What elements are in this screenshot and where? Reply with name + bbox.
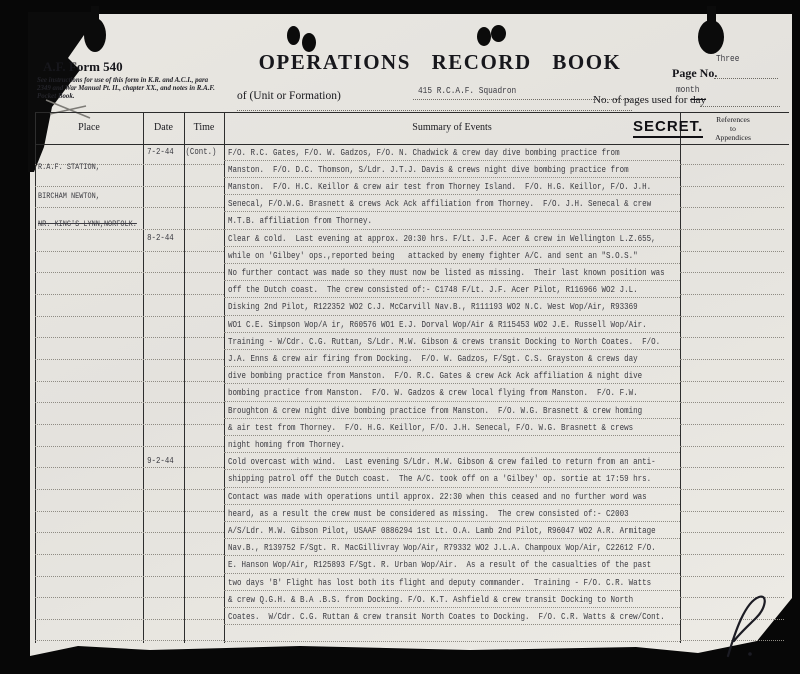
punch-hole-icon — [477, 27, 491, 46]
ruled-line — [35, 359, 224, 360]
ruled-line — [35, 294, 224, 295]
ruled-line — [680, 359, 784, 360]
summary-line: night homing from Thorney. — [228, 436, 345, 453]
punch-hole-tear — [707, 6, 716, 24]
summary-line: No further contact was made so they must… — [228, 264, 665, 281]
punch-hole-icon — [698, 20, 724, 54]
summary-line: Broughton & crew night dive bombing prac… — [228, 402, 642, 419]
summary-line: shipping patrol off the Dutch coast. The… — [228, 470, 651, 487]
ruled-line — [35, 251, 224, 252]
summary-line: Clear & cold. Last evening at approx. 20… — [228, 230, 656, 247]
ruled-line — [680, 511, 784, 512]
column-header-place: Place — [35, 122, 143, 133]
summary-line: M.T.B. affiliation from Thorney. — [228, 212, 372, 229]
ruled-line — [680, 251, 784, 252]
ruled-line — [35, 272, 224, 273]
ruled-line — [224, 641, 680, 642]
entry-date: 9-2-44 — [144, 453, 177, 470]
entry-time: (Cont.) — [185, 144, 217, 161]
punch-hole-icon — [491, 25, 506, 42]
ruled-line — [680, 337, 784, 338]
summary-line: & crew Q.G.H. & B.A .B.S. from Docking. … — [228, 591, 633, 608]
ruled-line — [35, 576, 224, 577]
summary-line: two days 'B' Flight has lost both its fl… — [228, 574, 651, 591]
summary-line: Nav.B., R139752 F/Sgt. R. MacGillivray W… — [228, 539, 656, 556]
ruled-line — [35, 532, 224, 533]
summary-line: Cold overcast with wind. Last evening S/… — [228, 453, 656, 470]
table-header-row: Place Date Time Summary of Events SECRET… — [35, 112, 789, 145]
ruled-line — [680, 467, 784, 468]
entry-date: 8-2-44 — [144, 230, 177, 247]
summary-line: F/O. R.C. Gates, F/O. W. Gadzos, F/O. N.… — [228, 144, 620, 161]
ruled-line — [35, 402, 224, 403]
ruled-line — [680, 424, 784, 425]
ruled-line — [680, 316, 784, 317]
ruled-line — [680, 272, 784, 273]
column-header-summary: Summary of Events — [224, 122, 680, 133]
scanned-document-page: A.F. Form 540 See instructions for use o… — [0, 0, 800, 674]
ruled-line — [35, 489, 224, 490]
pages-used-label: No. of pages used for day — [593, 94, 706, 106]
summary-line: off the Dutch coast. The crew consisted … — [228, 281, 638, 298]
ruled-line — [35, 511, 224, 512]
summary-line: Manston. F/O. D.C. Thomson, S/Ldr. J.T.J… — [228, 161, 629, 178]
summary-line: dive bombing practice from Manston. F/O.… — [228, 367, 642, 384]
ruled-line — [680, 576, 784, 577]
pages-used-underline — [700, 106, 780, 107]
ruled-line — [680, 532, 784, 533]
ruled-line — [35, 337, 224, 338]
handwritten-initial — [716, 592, 778, 660]
summary-line: bombing practice from Manston. F/O. W. G… — [228, 384, 638, 401]
place-line: BIRCHAM NEWTON, — [38, 192, 137, 201]
place-line: NR. KING'S LYNN,NORFOLK. — [38, 220, 137, 229]
summary-line: while on 'Gilbey' ops.,reported being at… — [228, 247, 638, 264]
page-title: OPERATIONS RECORD BOOK — [230, 50, 650, 75]
summary-line: WO1 C.E. Simpson Wop/A ir, R60576 WO1 E.… — [228, 316, 647, 333]
ruled-line — [35, 597, 224, 598]
summary-line: heard, as a result the crew must be cons… — [228, 505, 629, 522]
summary-line: Manston. F/O. H.C. Keillor & crew air te… — [228, 178, 651, 195]
punch-hole-icon — [287, 26, 300, 45]
column-header-date: Date — [143, 122, 184, 133]
unit-value: 415 R.C.A.F. Squadron — [418, 85, 516, 96]
ruled-line — [35, 316, 224, 317]
ruled-line — [680, 207, 784, 208]
pages-used-value: month — [676, 84, 699, 95]
summary-line: Coates. W/Cdr. C.G. Ruttan & crew transi… — [228, 608, 665, 625]
form-number: A.F. Form 540 — [43, 59, 123, 75]
struck-word-day: day — [690, 94, 706, 106]
ruled-line — [35, 467, 224, 468]
header-rule — [237, 110, 632, 111]
ruled-line — [35, 446, 224, 447]
ruled-line — [35, 619, 224, 620]
place-block: R.A.F. STATION, BIRCHAM NEWTON, NR. KING… — [38, 145, 137, 248]
page-number-label: Page No. — [672, 66, 717, 81]
form-instructions: See instructions for use of this form in… — [37, 77, 217, 101]
page-number-value: Three — [716, 53, 739, 64]
place-line: R.A.F. STATION, — [38, 163, 137, 172]
ruled-line — [680, 489, 784, 490]
summary-line: Training - W/Cdr. C.G. Ruttan, S/Ldr. M.… — [228, 333, 660, 350]
summary-line: E. Hanson Wop/Air, R125893 F/Sgt. R. Urb… — [228, 556, 651, 573]
summary-line: Disking 2nd Pilot, R122352 WO2 C.J. McCa… — [228, 298, 638, 315]
table-body: R.A.F. STATION, BIRCHAM NEWTON, NR. KING… — [35, 144, 789, 643]
page-number-underline — [714, 78, 778, 79]
summary-line: Contact was made with operations until a… — [228, 488, 647, 505]
ruled-line — [680, 554, 784, 555]
column-header-time: Time — [184, 122, 224, 133]
entry-date: 7-2-44 — [144, 144, 177, 161]
ruled-line — [35, 424, 224, 425]
summary-line: Senecal, F/O.W.G. Brasnett & crews Ack A… — [228, 195, 651, 212]
unit-label: of (Unit or Formation) — [237, 90, 341, 102]
ruled-line — [35, 640, 224, 641]
ruled-line — [35, 381, 224, 382]
ruled-line — [35, 554, 224, 555]
summary-line: & air test from Thorney. F/O. H.G. Keill… — [228, 419, 633, 436]
summary-line: A/S/Ldr. M.W. Gibson Pilot, USAAF 088629… — [228, 522, 656, 539]
ruled-line — [680, 381, 784, 382]
ruled-line — [680, 294, 784, 295]
summary-line: J.A. Enns & crew air firing from Docking… — [228, 350, 638, 367]
ruled-line — [680, 229, 784, 230]
ruled-line — [680, 446, 784, 447]
column-header-references: References to Appendices — [680, 115, 786, 142]
ruled-line — [680, 164, 784, 165]
ruled-line — [680, 402, 784, 403]
ruled-line — [680, 186, 784, 187]
